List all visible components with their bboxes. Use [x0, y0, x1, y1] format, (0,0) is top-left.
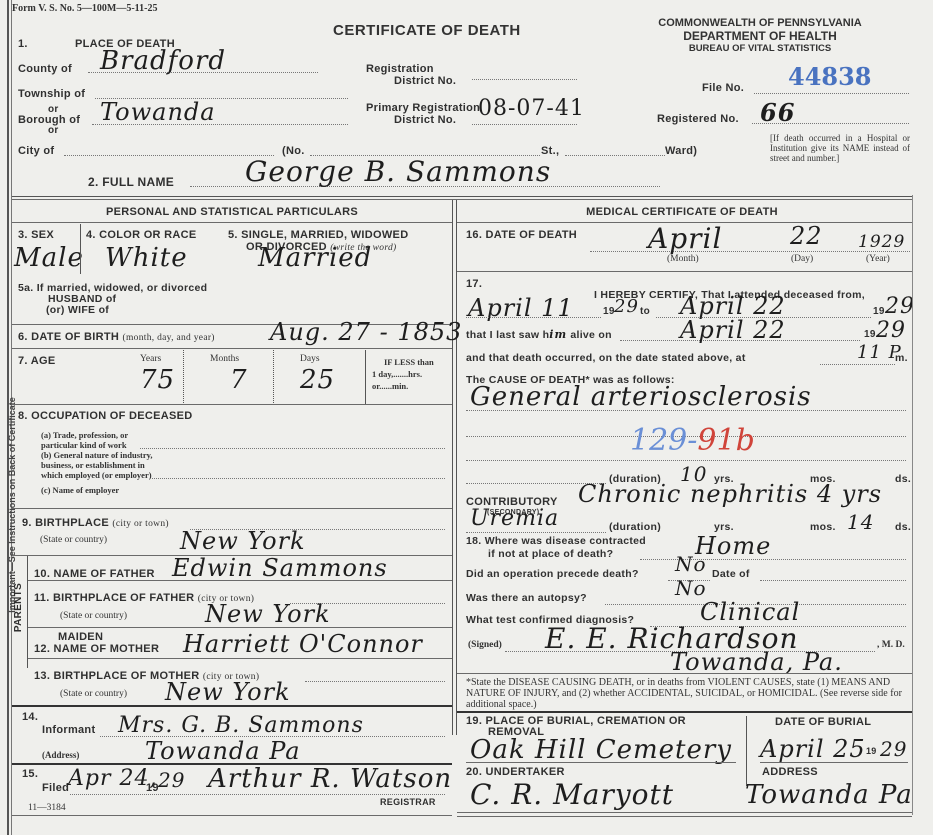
burial-divider: [746, 716, 747, 786]
parents-box-divider: [27, 556, 28, 668]
occ-a-2: particular kind of work: [41, 440, 153, 450]
filed-label: Filed: [42, 782, 69, 794]
date-of-line: [760, 580, 906, 581]
registered-no-value: 66: [760, 98, 795, 127]
primary-registration-label: Primary Registration District No.: [366, 102, 480, 126]
township-label: Township of: [18, 88, 85, 100]
authority-header: COMMONWEALTH OF PENNSYLVANIA DEPARTMENT …: [640, 17, 880, 54]
rule-birthplace: [12, 508, 452, 509]
age-months-value: 7: [230, 365, 248, 395]
reg-district-line2: District No.: [366, 75, 456, 87]
filed-year-value: 29: [158, 768, 185, 792]
burial-place-value: Oak Hill Cemetery: [470, 735, 732, 765]
occ-b-2: business, or establishment in: [41, 460, 153, 470]
registered-no-label: Registered No.: [657, 113, 739, 125]
md-label: , M. D.: [877, 640, 905, 650]
rule-certify: [457, 271, 912, 272]
death-time-suffix: m.: [895, 352, 908, 364]
burial-year: 29: [880, 737, 907, 761]
race-label: 4. COLOR OR RACE: [86, 229, 197, 241]
attended-to-year: 29: [885, 294, 915, 319]
occupation-a-label: (a) Trade, profession, or particular kin…: [41, 430, 153, 495]
death-time-line: [820, 364, 895, 365]
autopsy-value: No: [675, 576, 707, 600]
age-years-value: 75: [140, 365, 175, 395]
rule-mother: [28, 627, 452, 628]
section-1-num: 1.: [18, 38, 28, 50]
mother-name-value: Harriett O'Connor: [183, 630, 423, 658]
authority-line-3: BUREAU OF VITAL STATISTICS: [640, 43, 880, 54]
rule-bottom-right-2: [457, 816, 912, 817]
dob-label: 6. DATE OF BIRTH (month, day, and year): [18, 331, 215, 343]
registrar-signature: Arthur R. Watson: [208, 764, 452, 794]
age-label: 7. AGE: [18, 355, 55, 367]
age-less-2: 1 day,.......hrs.: [372, 368, 434, 380]
medical-heading: MEDICAL CERTIFICATE OF DEATH: [457, 206, 907, 218]
center-divider: [452, 200, 453, 735]
rule-informant: [12, 705, 452, 707]
rule-burial: [457, 711, 912, 713]
form-number: Form V. S. No. 5—100M—5-11-25: [12, 3, 157, 14]
attended-to-year-prefix: 19: [873, 306, 885, 317]
primary-reg-value: 08-07-41: [478, 96, 585, 121]
registrar-label: REGISTRAR: [380, 797, 436, 807]
county-label: County of: [18, 63, 72, 75]
burial-year-prefix: 19: [866, 746, 877, 756]
undertaker-value: C. R. Maryott: [470, 778, 674, 811]
page-title: CERTIFICATE OF DEATH: [333, 22, 521, 39]
file-no-value: 44838: [788, 62, 872, 91]
death-certificate: Important—See Instructions on Back of Ce…: [0, 0, 933, 835]
authority-line-2: DEPARTMENT OF HEALTH: [640, 29, 880, 43]
undertaker-label: 20. UNDERTAKER: [466, 766, 565, 778]
ds-label-2: ds.: [895, 521, 911, 533]
race-value: White: [105, 243, 188, 273]
contracted-label: 18. Where was disease contracted if not …: [466, 535, 646, 561]
primary-reg-line2: District No.: [366, 114, 480, 126]
age-divider-1: [183, 350, 184, 405]
contracted-label-1: 18. Where was disease contracted: [466, 535, 646, 548]
marital-value: Married: [258, 243, 372, 273]
day-label: (Day): [791, 254, 813, 264]
last-saw-year-prefix: 19: [864, 329, 876, 340]
ds-label: ds.: [895, 473, 911, 485]
sex-label: 3. SEX: [18, 229, 54, 241]
signed-label: (Signed): [468, 640, 502, 650]
center-divider-2: [456, 200, 457, 735]
cert-num: 17.: [466, 278, 482, 290]
contributory-days: 14: [847, 510, 874, 534]
cause-code: 129-91b: [630, 423, 755, 458]
dod-label: 16. DATE OF DEATH: [466, 229, 577, 241]
address-value: Towanda Pa: [145, 737, 301, 765]
alive-on-label: alive on: [570, 329, 612, 341]
attended-from-line: [466, 317, 601, 318]
file-no-line: [754, 93, 909, 94]
spouse-label: 5a. If married, widowed, or divorced HUS…: [18, 283, 207, 316]
footnote: *State the DISEASE CAUSING DEATH, or in …: [466, 677, 911, 710]
dob-value: Aug. 27 - 1853: [270, 318, 462, 346]
attended-from-year: 29: [614, 296, 639, 317]
mother-state-label: (State or country): [60, 689, 127, 699]
full-name-label: 2. FULL NAME: [88, 175, 174, 189]
informant-label: Informant: [42, 724, 95, 736]
dob-note: (month, day, and year): [123, 333, 215, 343]
birthplace-label-text: 9. BIRTHPLACE: [22, 517, 109, 529]
cause-code-blue: 129-: [630, 423, 697, 458]
father-birthplace-value: New York: [205, 600, 331, 628]
sex-value: Male: [14, 243, 84, 273]
contributory-value: Chronic nephritis 4 yrs: [578, 480, 882, 508]
age-less-label: IF LESS than 1 day,.......hrs. or......m…: [372, 356, 434, 392]
address-label: (Address): [42, 750, 79, 760]
reg-district-line1: Registration: [366, 63, 456, 75]
burial-date-label: DATE OF BURIAL: [775, 716, 871, 728]
to-label: to: [640, 306, 650, 317]
filed-line: [70, 794, 445, 795]
age-days-label: Days: [300, 354, 320, 364]
last-saw-label: that I last saw him alive on: [466, 328, 612, 341]
father-name-label: 10. NAME OF FATHER: [34, 568, 155, 580]
primary-reg-line: [472, 124, 577, 125]
dod-year: 1929: [858, 232, 905, 252]
last-saw-year: 29: [876, 318, 906, 343]
birthplace-label: 9. BIRTHPLACE (city or town): [22, 517, 169, 529]
city-label: City of: [18, 145, 54, 157]
mother-city-line: [305, 681, 445, 682]
occ-c: (c) Name of employer: [41, 485, 153, 495]
or-2: or: [48, 125, 59, 136]
duration-label-2: (duration): [609, 521, 661, 533]
last-saw-text: that I last saw h: [466, 329, 549, 341]
operation-label: Did an operation precede death?: [466, 568, 639, 580]
undertaker-address-value: Towanda Pa: [745, 780, 913, 810]
sex-divider: [80, 224, 81, 274]
age-divider-3: [365, 350, 366, 405]
mos-label-2: mos.: [810, 521, 836, 533]
birthplace-value: New York: [180, 527, 306, 555]
rule-bottom-left: [12, 815, 452, 816]
hospital-note: [If death occurred in a Hospital or Inst…: [770, 133, 910, 163]
ward-label: Ward): [665, 145, 697, 157]
contracted-label-2: if not at place of death?: [466, 548, 646, 561]
rule-mother-birthplace: [28, 658, 452, 659]
cause-line-1: [466, 410, 906, 411]
death-time-label: and that death occurred, on the date sta…: [466, 352, 746, 364]
county-value: Bradford: [100, 46, 226, 76]
informant-value: Mrs. G. B. Sammons: [118, 713, 364, 738]
age-divider-2: [273, 350, 274, 405]
divider-top: [12, 196, 912, 197]
dob-label-text: 6. DATE OF BIRTH: [18, 331, 119, 343]
undertaker-address-label: ADDRESS: [762, 766, 818, 778]
burial-date-line: [760, 762, 908, 763]
contributory-line: [466, 532, 606, 533]
autopsy-label: Was there an autopsy?: [466, 592, 587, 604]
year-label: (Year): [866, 254, 890, 264]
print-code: 11—3184: [28, 803, 66, 813]
marital-label-1: 5. SINGLE, MARRIED, WIDOWED: [228, 229, 408, 241]
occupation-label: 8. OCCUPATION OF DECEASED: [18, 410, 193, 422]
father-birthplace-text: 11. BIRTHPLACE OF FATHER: [34, 592, 194, 604]
rule-age: [12, 348, 452, 349]
month-label: (Month): [667, 254, 699, 264]
reg-district-line: [472, 79, 577, 80]
personal-heading: PERSONAL AND STATISTICAL PARTICULARS: [12, 206, 452, 218]
parents-label: PARENTS: [13, 583, 24, 632]
filed-year-prefix: 19: [146, 782, 159, 794]
father-state-label: (State or country): [60, 611, 127, 621]
age-less-3: or......min.: [372, 380, 434, 392]
primary-reg-line1: Primary Registration: [366, 102, 480, 114]
dod-day: 22: [790, 222, 823, 250]
age-days-value: 25: [300, 365, 335, 395]
cause-value: General arteriosclerosis: [470, 382, 812, 412]
operation-value: No: [675, 552, 707, 576]
cause-code-red: 91b: [697, 423, 754, 458]
attended-from-year-prefix: 19: [603, 306, 615, 317]
last-saw-pronoun: im: [549, 328, 567, 341]
physician-address: Towanda, Pa.: [670, 648, 843, 676]
informant-num: 14.: [22, 711, 38, 723]
rule-bottom-right: [457, 812, 912, 813]
occ-b-line: [152, 478, 445, 479]
dod-month: April: [648, 222, 722, 255]
filed-num: 15.: [22, 768, 38, 780]
mother-maiden-label: MAIDEN: [58, 631, 103, 643]
rule-father-birthplace: [28, 580, 452, 581]
birthplace-note: (city or town): [112, 519, 168, 529]
birthplace-state-label: (State or country): [40, 535, 107, 545]
file-no-label: File No.: [702, 82, 744, 94]
city-line: [64, 155, 274, 156]
mother-birthplace-value: New York: [165, 678, 291, 706]
father-name-value: Edwin Sammons: [172, 554, 388, 582]
mother-name-label: 12. NAME OF MOTHER: [34, 643, 159, 655]
date-of-label: Date of: [712, 568, 750, 580]
borough-value: Towanda: [100, 98, 216, 126]
rule-footnote: [457, 673, 912, 674]
spouse-label-3: (or) WIFE of: [18, 305, 207, 316]
age-years-label: Years: [140, 354, 161, 364]
rule-occupation: [12, 404, 452, 405]
personal-heading-rule: [12, 222, 452, 223]
occ-a-line: [140, 448, 445, 449]
burial-place-line: [466, 762, 736, 763]
cause-line-3: [466, 460, 906, 461]
occ-a-1: (a) Trade, profession, or: [41, 430, 153, 440]
contributory-value-2: Uremia: [470, 506, 559, 531]
ward-line: [565, 155, 665, 156]
burial-date-value: April 25: [760, 735, 866, 763]
occ-b-1: (b) General nature of industry,: [41, 450, 153, 460]
last-saw-date: April 22: [680, 316, 786, 344]
filed-date-value: Apr 24,: [68, 766, 157, 791]
age-months-label: Months: [210, 354, 239, 364]
authority-line-1: COMMONWEALTH OF PENNSYLVANIA: [640, 17, 880, 29]
divider-top-2: [12, 199, 912, 200]
full-name-value: George B. Sammons: [245, 155, 551, 188]
age-less-1: IF LESS than: [372, 356, 434, 368]
right-border: [912, 195, 913, 815]
occ-b-3: which employed (or employer): [41, 470, 153, 480]
registration-district-label: Registration District No.: [366, 63, 456, 87]
